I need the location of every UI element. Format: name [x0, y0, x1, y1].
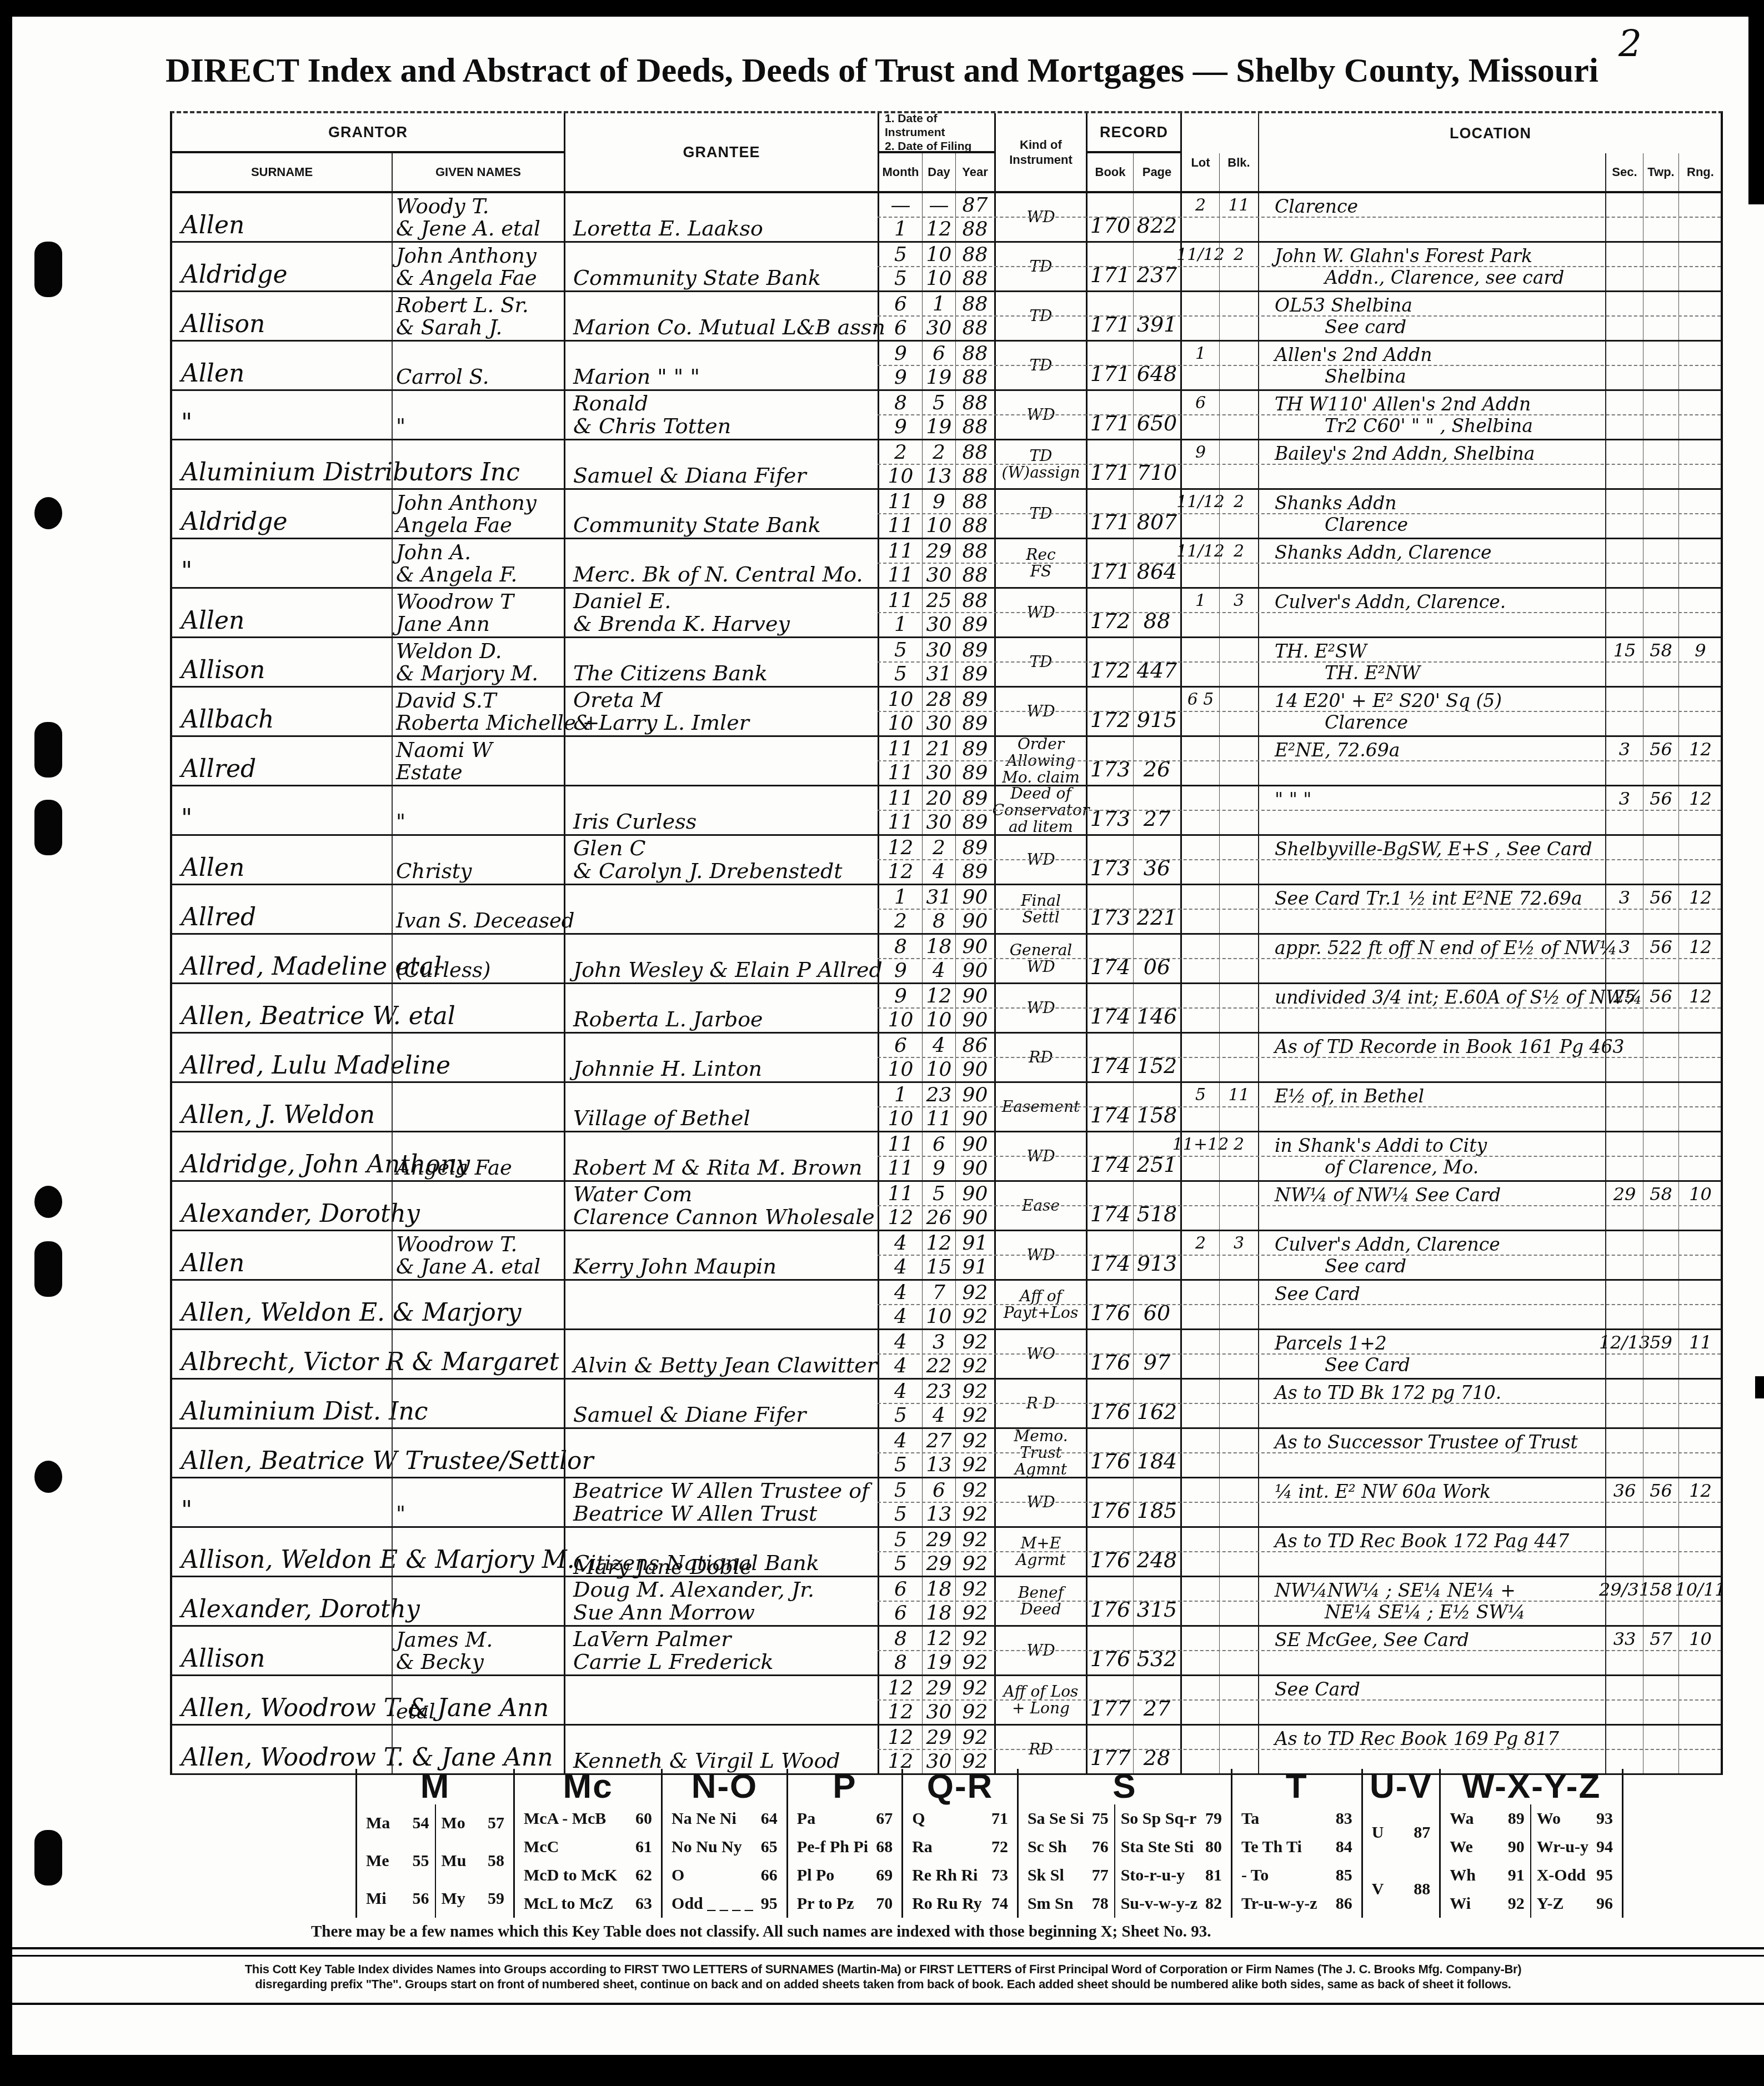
lot-number-lower — [1180, 1403, 1219, 1427]
date-of-instrument: 8 — [878, 935, 922, 959]
key-entry: Mu58 — [442, 1852, 505, 1871]
grantor-surname: Aldridge — [172, 243, 392, 290]
kind-of-instrument: Ease — [994, 1182, 1086, 1230]
key-group-columns: Pa67Pe-f Ph Pi68Pl Po69Pr to Pz70 — [791, 1804, 898, 1918]
header-day: Day — [922, 153, 955, 191]
grantee-line: Mary Jane Doble — [573, 1556, 878, 1578]
key-entry-label: Su-v-w-y-z — [1121, 1894, 1197, 1913]
date-of-instrument: 89 — [955, 638, 994, 662]
date-of-filing: 6 — [878, 316, 922, 340]
date-of-filing: 13 — [922, 1502, 955, 1526]
block-number — [1219, 1182, 1258, 1206]
key-entry-label: No Nu Ny — [671, 1838, 742, 1857]
key-entry-label: Mi — [366, 1889, 387, 1908]
key-entry-label: McC — [524, 1838, 559, 1857]
lot-number — [1180, 786, 1219, 810]
record-book: 176 — [1086, 1429, 1133, 1477]
record-page: 648 — [1133, 342, 1180, 389]
key-entry-label: X-Odd — [1537, 1866, 1586, 1885]
date-of-filing: 10 — [878, 1057, 922, 1081]
header-month: Month — [878, 153, 922, 191]
key-group-columns: Sa Se Si75Sc Sh76Sk Sl77Sm Sn78So Sp Sq-… — [1022, 1804, 1227, 1918]
binder-hole — [34, 1830, 62, 1886]
township-lower — [1643, 1354, 1678, 1378]
lot-number-lower — [1180, 1651, 1219, 1674]
table-row: AllenChristyGlen C& Carolyn J. Drebenste… — [170, 836, 1723, 885]
township-number — [1643, 1231, 1678, 1255]
township-number — [1643, 589, 1678, 613]
kind-line: WD — [1026, 209, 1055, 225]
lot-number-lower — [1180, 316, 1219, 340]
kind-line: Final — [1021, 892, 1061, 909]
grantee-line: & Larry L. Imler — [573, 711, 878, 734]
grantor-surname: Aluminium Dist. Inc — [172, 1380, 392, 1427]
key-entry-label: Te Th Ti — [1241, 1838, 1302, 1857]
date-of-filing: 30 — [922, 810, 955, 834]
block-number: 3 — [1219, 1231, 1258, 1255]
key-entry-label: McA - McB — [524, 1809, 606, 1828]
key-entry-code: 87 — [1414, 1823, 1430, 1842]
location-line: As to TD Rec Book 172 Pag 447 — [1275, 1530, 1605, 1552]
key-group-letter: T — [1236, 1769, 1358, 1804]
kind-line: WD — [1026, 407, 1055, 423]
grantor-given-names: Woodrow T.& Jane A. etal — [392, 1231, 564, 1279]
lot-number-lower — [1180, 1552, 1219, 1576]
key-entry-label: Ra — [912, 1838, 933, 1857]
key-entry-code: 78 — [1092, 1894, 1109, 1913]
block-number-lower — [1219, 1354, 1258, 1378]
block-number: 2 — [1219, 539, 1258, 563]
key-group-s: SSa Se Si75Sc Sh76Sk Sl77Sm Sn78So Sp Sq… — [1019, 1769, 1232, 1918]
grantee-line: Community State Bank — [573, 514, 878, 536]
block-number: 2 — [1219, 243, 1258, 267]
date-of-instrument: 12 — [878, 1726, 922, 1749]
lot-number: 6 — [1180, 391, 1219, 415]
township-number — [1643, 1281, 1678, 1305]
key-column: Na Ne Ni64No Nu Ny65O66Odd _ _ _ _95 — [666, 1804, 783, 1918]
section-number: 3 — [1605, 786, 1643, 810]
date-of-filing: 11 — [878, 514, 922, 538]
grantor-surname: Allison — [172, 638, 392, 686]
date-of-instrument: 92 — [955, 1627, 994, 1651]
grantee: Ronald& Chris Totten — [564, 391, 878, 439]
grantee-line: Alvin & Betty Jean Clawitter — [573, 1354, 878, 1377]
record-page: 822 — [1133, 193, 1180, 241]
block-number-lower — [1219, 1453, 1258, 1477]
grantee-line: Loretta E. Laakso — [573, 217, 878, 240]
date-of-instrument: 8 — [878, 1627, 922, 1651]
kind-of-instrument: TD — [994, 342, 1086, 389]
key-group-letter: Q-R — [906, 1769, 1014, 1804]
lot-number — [1180, 1726, 1219, 1749]
key-entry: Sk Sl77 — [1028, 1866, 1109, 1885]
kind-line: Ease — [1022, 1197, 1060, 1214]
section-lower — [1605, 711, 1643, 735]
block-number — [1219, 1429, 1258, 1453]
lot-number — [1180, 737, 1219, 761]
key-entry: Tr-u-w-y-z86 — [1241, 1894, 1352, 1913]
section-lower — [1605, 217, 1643, 241]
grantor-given-names: David S.TRoberta Michelle + — [392, 688, 564, 735]
header-blk: Blk. — [1219, 153, 1258, 191]
section-number — [1605, 1528, 1643, 1552]
key-entry-label: Na Ne Ni — [671, 1809, 736, 1828]
header-given-names: GIVEN NAMES — [392, 153, 564, 191]
block-number-lower — [1219, 662, 1258, 686]
key-entry-code: 58 — [488, 1852, 504, 1871]
location-line: Tr2 C60' " " , Shelbina — [1275, 415, 1605, 437]
key-entry: No Nu Ny65 — [671, 1838, 778, 1857]
grantee: Daniel E.& Brenda K. Harvey — [564, 589, 878, 636]
key-group-letter: S — [1022, 1769, 1227, 1804]
date-of-filing: 89 — [955, 662, 994, 686]
key-entry-label: Wr-u-y — [1537, 1838, 1588, 1857]
date-of-filing: 4 — [878, 1305, 922, 1328]
lot-number-lower — [1180, 860, 1219, 884]
grantor-given-names — [392, 1330, 564, 1378]
grantor-given-names: Christy — [392, 836, 564, 884]
record-book: 171 — [1086, 440, 1133, 488]
kind-line: WD — [1026, 1642, 1055, 1659]
block-number-lower — [1219, 761, 1258, 785]
grantor-given-line: & Jene A. etal — [396, 218, 564, 240]
grantor-surname: Allen, Woodrow T. & Jane Ann — [172, 1726, 392, 1773]
date-of-filing: 88 — [955, 514, 994, 538]
kind-of-instrument: Easement — [994, 1083, 1086, 1131]
lot-number: 5 — [1180, 1083, 1219, 1107]
range-number — [1678, 440, 1722, 464]
key-entry-code: 59 — [488, 1889, 504, 1908]
block-number — [1219, 1281, 1258, 1305]
key-entry-code: 64 — [761, 1809, 778, 1828]
grantee-line: Daniel E. — [573, 590, 878, 613]
kind-line: Agrmt — [1016, 1552, 1065, 1568]
date-of-instrument: — — [922, 193, 955, 217]
date-of-filing: 30 — [922, 761, 955, 785]
location-line: See card — [1275, 316, 1605, 338]
key-entry-code: 90 — [1508, 1838, 1525, 1857]
grantor-given-line: (Curless) — [396, 959, 564, 981]
block-number — [1219, 1034, 1258, 1057]
key-entry-label: Me — [366, 1852, 389, 1871]
record-book: 171 — [1086, 243, 1133, 290]
location-description: in Shank's Addi to Cityof Clarence, Mo. — [1258, 1132, 1605, 1180]
block-number-lower — [1219, 365, 1258, 389]
lot-number — [1180, 1034, 1219, 1057]
date-of-filing: 8 — [922, 909, 955, 933]
range-lower — [1678, 1601, 1722, 1625]
date-of-filing: 10 — [922, 514, 955, 538]
key-entry-code: 55 — [413, 1852, 429, 1871]
township-lower — [1643, 217, 1678, 241]
grantor-given-names: John Anthony& Angela Fae — [392, 243, 564, 290]
key-entry-code: 63 — [635, 1894, 652, 1913]
scan-edge-top — [0, 0, 1764, 17]
location-line: Clarence — [1275, 195, 1605, 217]
key-group-letter: N-O — [666, 1769, 783, 1804]
key-entry-label: Odd _ _ _ _ — [671, 1894, 753, 1913]
date-of-filing: 2 — [878, 909, 922, 933]
section-lower — [1605, 1502, 1643, 1526]
location-line: Shelbyville-BgSW, E+S , See Card — [1275, 838, 1605, 860]
township-lower — [1643, 563, 1678, 587]
date-of-instrument: 11 — [878, 1182, 922, 1206]
header-date-block: 1. Date of Instrument 2. Date of Filing — [878, 113, 994, 153]
key-group-letter: W-X-Y-Z — [1444, 1769, 1618, 1804]
date-of-filing: 88 — [955, 415, 994, 439]
grantor-surname: Allen — [172, 193, 392, 241]
binder-hole — [34, 800, 62, 855]
section-lower — [1605, 860, 1643, 884]
range-number — [1678, 1231, 1722, 1255]
location-line: NW¼ of NW¼ See Card — [1275, 1184, 1605, 1206]
kind-of-instrument: Memo.TrustAgmnt — [994, 1429, 1086, 1477]
grantor-given-line: Woodrow T — [396, 591, 564, 613]
key-entry: McL to McZ63 — [524, 1894, 652, 1913]
section-number — [1605, 1083, 1643, 1107]
date-of-instrument: 1 — [878, 1083, 922, 1107]
binder-hole — [34, 497, 62, 529]
key-entry: Ra72 — [912, 1838, 1008, 1857]
section-lower — [1605, 1305, 1643, 1328]
grantor-given-line: " — [396, 415, 564, 438]
key-entry-code: 65 — [761, 1838, 778, 1857]
grantee: Kerry John Maupin — [564, 1231, 878, 1279]
date-of-instrument: 9 — [878, 342, 922, 365]
township-lower — [1643, 514, 1678, 538]
grantor-given-line: David S.T — [396, 690, 564, 712]
grantor-given-line: John Anthony — [396, 492, 564, 514]
header-grantee: GRANTEE — [564, 113, 878, 191]
grantee-line: Clarence Cannon Wholesale — [573, 1206, 878, 1228]
kind-line: FS — [1030, 563, 1052, 580]
range-number — [1678, 490, 1722, 514]
date-of-filing: 30 — [922, 316, 955, 340]
footer-line1: This Cott Key Table Index divides Names … — [33, 1962, 1733, 1977]
location-description: As to Successor Trustee of Trust — [1258, 1429, 1605, 1477]
date-of-filing: 89 — [955, 810, 994, 834]
key-entry-code: 83 — [1336, 1809, 1352, 1828]
grantor-surname: Aldridge, John Anthony — [172, 1132, 392, 1180]
section-number: 36 — [1605, 1478, 1643, 1502]
township-number — [1643, 1726, 1678, 1749]
date-of-instrument: 18 — [922, 935, 955, 959]
location-line: See Card — [1275, 1283, 1605, 1305]
lot-number — [1180, 984, 1219, 1008]
header-date-line2: 2. Date of Filing — [885, 139, 971, 153]
date-of-instrument: 4 — [878, 1429, 922, 1453]
key-group-q-r: Q-RQ71Ra72Re Rh Ri73Ro Ru Ry74 — [903, 1769, 1019, 1918]
township-lower — [1643, 1107, 1678, 1131]
key-entry-label: Sk Sl — [1028, 1866, 1064, 1885]
key-entry-code: 96 — [1596, 1894, 1613, 1913]
record-book: 174 — [1086, 1132, 1133, 1180]
grantor-given-names: Carrol S. — [392, 342, 564, 389]
key-entry-code: 54 — [413, 1814, 429, 1833]
grantor-given-names — [392, 1034, 564, 1081]
grantor-given-line: Angela Fae — [396, 514, 564, 536]
date-of-instrument: 89 — [955, 836, 994, 860]
section-number: 3 — [1605, 737, 1643, 761]
block-number — [1219, 836, 1258, 860]
location-line: SE McGee, See Card — [1275, 1629, 1605, 1651]
township-number — [1643, 539, 1678, 563]
location-description: E²NE, 72.69a — [1258, 737, 1605, 785]
key-group-columns: Ta83Te Th Ti84- To85Tr-u-w-y-z86 — [1236, 1804, 1358, 1918]
key-entry: Sc Sh76 — [1028, 1838, 1109, 1857]
record-book: 174 — [1086, 984, 1133, 1032]
range-lower — [1678, 959, 1722, 982]
grantee: Marion Co. Mutual L&B assn — [564, 292, 878, 340]
range-lower — [1678, 662, 1722, 686]
date-of-instrument: 92 — [955, 1676, 994, 1700]
block-number — [1219, 935, 1258, 959]
section-number — [1605, 539, 1643, 563]
key-entry: Pe-f Ph Pi68 — [797, 1838, 893, 1857]
grantee: Mary Jane DobleDoug M. Alexander, Jr.Sue… — [564, 1577, 878, 1625]
grantor-surname: Alexander, Dorothy — [172, 1577, 392, 1625]
range-number — [1678, 342, 1722, 365]
section-number — [1605, 342, 1643, 365]
range-lower — [1678, 1403, 1722, 1427]
township-number: 56 — [1643, 786, 1678, 810]
lot-number — [1180, 292, 1219, 316]
grantor-given-line: & Angela Fae — [396, 267, 564, 289]
block-number-lower — [1219, 1305, 1258, 1328]
township-lower — [1643, 415, 1678, 439]
location-description: OL53 ShelbinaSee card — [1258, 292, 1605, 340]
record-page: 532 — [1133, 1627, 1180, 1674]
kind-line: + Long — [1012, 1700, 1070, 1717]
key-group-letter: U-V — [1366, 1769, 1436, 1804]
township-number: 58 — [1643, 1182, 1678, 1206]
date-of-instrument: 12 — [878, 1676, 922, 1700]
date-of-instrument: 88 — [955, 342, 994, 365]
header-grantor: GRANTOR — [172, 113, 564, 153]
section-number — [1605, 1726, 1643, 1749]
location-description: Culver's Addn, Clarence. — [1258, 589, 1605, 636]
range-number — [1678, 589, 1722, 613]
key-group-p: PPa67Pe-f Ph Pi68Pl Po69Pr to Pz70 — [788, 1769, 903, 1918]
date-of-filing: 90 — [955, 1107, 994, 1131]
grantee: Merc. Bk of N. Central Mo. — [564, 539, 878, 587]
key-entry: - To85 — [1241, 1866, 1352, 1885]
table-row: AllenWoody T.& Jene A. etalLoretta E. La… — [170, 193, 1723, 243]
lot-number: 6 5 — [1180, 688, 1219, 711]
date-of-instrument: 11 — [878, 786, 922, 810]
grantee — [564, 1676, 878, 1724]
key-entry: Wo93 — [1537, 1809, 1613, 1828]
date-of-filing: 30 — [922, 613, 955, 636]
date-of-filing: 92 — [955, 1403, 994, 1427]
key-entry-label: Sa Se Si — [1028, 1809, 1084, 1828]
grantee: Samuel & Diane Fifer — [564, 1380, 878, 1427]
block-number-lower — [1219, 1107, 1258, 1131]
date-of-filing: 1 — [878, 217, 922, 241]
range-lower — [1678, 1107, 1722, 1131]
grantor-surname: Allison — [172, 1627, 392, 1674]
header-surname: SURNAME — [172, 153, 392, 191]
date-of-instrument: 9 — [922, 490, 955, 514]
range-lower — [1678, 1700, 1722, 1724]
date-of-instrument: 5 — [878, 243, 922, 267]
section-number — [1605, 836, 1643, 860]
record-page: 315 — [1133, 1577, 1180, 1625]
date-of-instrument: 5 — [878, 1528, 922, 1552]
kind-line: WD — [1026, 1494, 1055, 1511]
kind-line: RD — [1029, 1741, 1053, 1758]
lot-number: 1 — [1180, 589, 1219, 613]
key-group-letter: Mc — [518, 1769, 658, 1804]
kind-line: Payt+Los — [1004, 1305, 1079, 1321]
grantor-given-names: " — [392, 1478, 564, 1526]
grantor-given-line: James M. — [396, 1629, 564, 1651]
grantee-line: Kerry John Maupin — [573, 1255, 878, 1278]
date-of-filing: 22 — [922, 1354, 955, 1378]
kind-line: TD — [1029, 357, 1052, 374]
key-entry-code: 74 — [991, 1894, 1008, 1913]
key-entry-code: 89 — [1508, 1809, 1525, 1828]
key-entry: McD to McK62 — [524, 1866, 652, 1885]
header-record: RECORD — [1086, 113, 1180, 153]
key-entry-code: 92 — [1508, 1894, 1525, 1913]
binder-hole — [34, 242, 62, 297]
grantor-given-names: James M.& Becky — [392, 1627, 564, 1674]
date-of-instrument: 92 — [955, 1726, 994, 1749]
township-number — [1643, 292, 1678, 316]
grantor-given-names: Angela Fae — [392, 1132, 564, 1180]
key-entry-label: McL to McZ — [524, 1894, 614, 1913]
lot-number-lower — [1180, 1601, 1219, 1625]
location-description: Shanks Addn, Clarence — [1258, 539, 1605, 587]
township-number: 56 — [1643, 885, 1678, 909]
date-of-filing: 10 — [878, 711, 922, 735]
range-lower — [1678, 464, 1722, 488]
location-line: ¼ int. E² NW 60a Work — [1275, 1481, 1605, 1502]
record-page: 913 — [1133, 1231, 1180, 1279]
record-book: 177 — [1086, 1676, 1133, 1724]
grantor-surname: " — [172, 786, 392, 834]
range-number: 10/11 — [1678, 1577, 1722, 1601]
date-of-filing: 11 — [878, 563, 922, 587]
record-book: 177 — [1086, 1726, 1133, 1773]
kind-of-instrument: M+EAgrmt — [994, 1528, 1086, 1576]
date-of-instrument: 6 — [878, 1577, 922, 1601]
township-lower — [1643, 1403, 1678, 1427]
record-page: 152 — [1133, 1034, 1180, 1081]
record-book: 176 — [1086, 1478, 1133, 1526]
range-number — [1678, 193, 1722, 217]
key-entry: Y-Z96 — [1537, 1894, 1613, 1913]
township-lower — [1643, 1700, 1678, 1724]
record-book: 171 — [1086, 391, 1133, 439]
block-number: 2 — [1219, 1132, 1258, 1156]
kind-of-instrument: RD — [994, 1726, 1086, 1773]
date-of-instrument: 87 — [955, 193, 994, 217]
date-of-instrument: 11 — [878, 490, 922, 514]
location-line: Shanks Addn, Clarence — [1275, 541, 1605, 563]
date-of-instrument: 30 — [922, 638, 955, 662]
record-page: 97 — [1133, 1330, 1180, 1378]
kind-line: Conservator — [993, 802, 1090, 819]
key-entry: Sa Se Si75 — [1028, 1809, 1109, 1828]
lot-number-lower — [1180, 1107, 1219, 1131]
scan-edge-left — [0, 0, 12, 2086]
grantee: Glen C& Carolyn J. Drebenstedt — [564, 836, 878, 884]
date-of-instrument: 1 — [922, 292, 955, 316]
block-number — [1219, 1627, 1258, 1651]
table-header: GRANTOR SURNAME GIVEN NAMES GRANTEE 1. D… — [170, 111, 1723, 193]
